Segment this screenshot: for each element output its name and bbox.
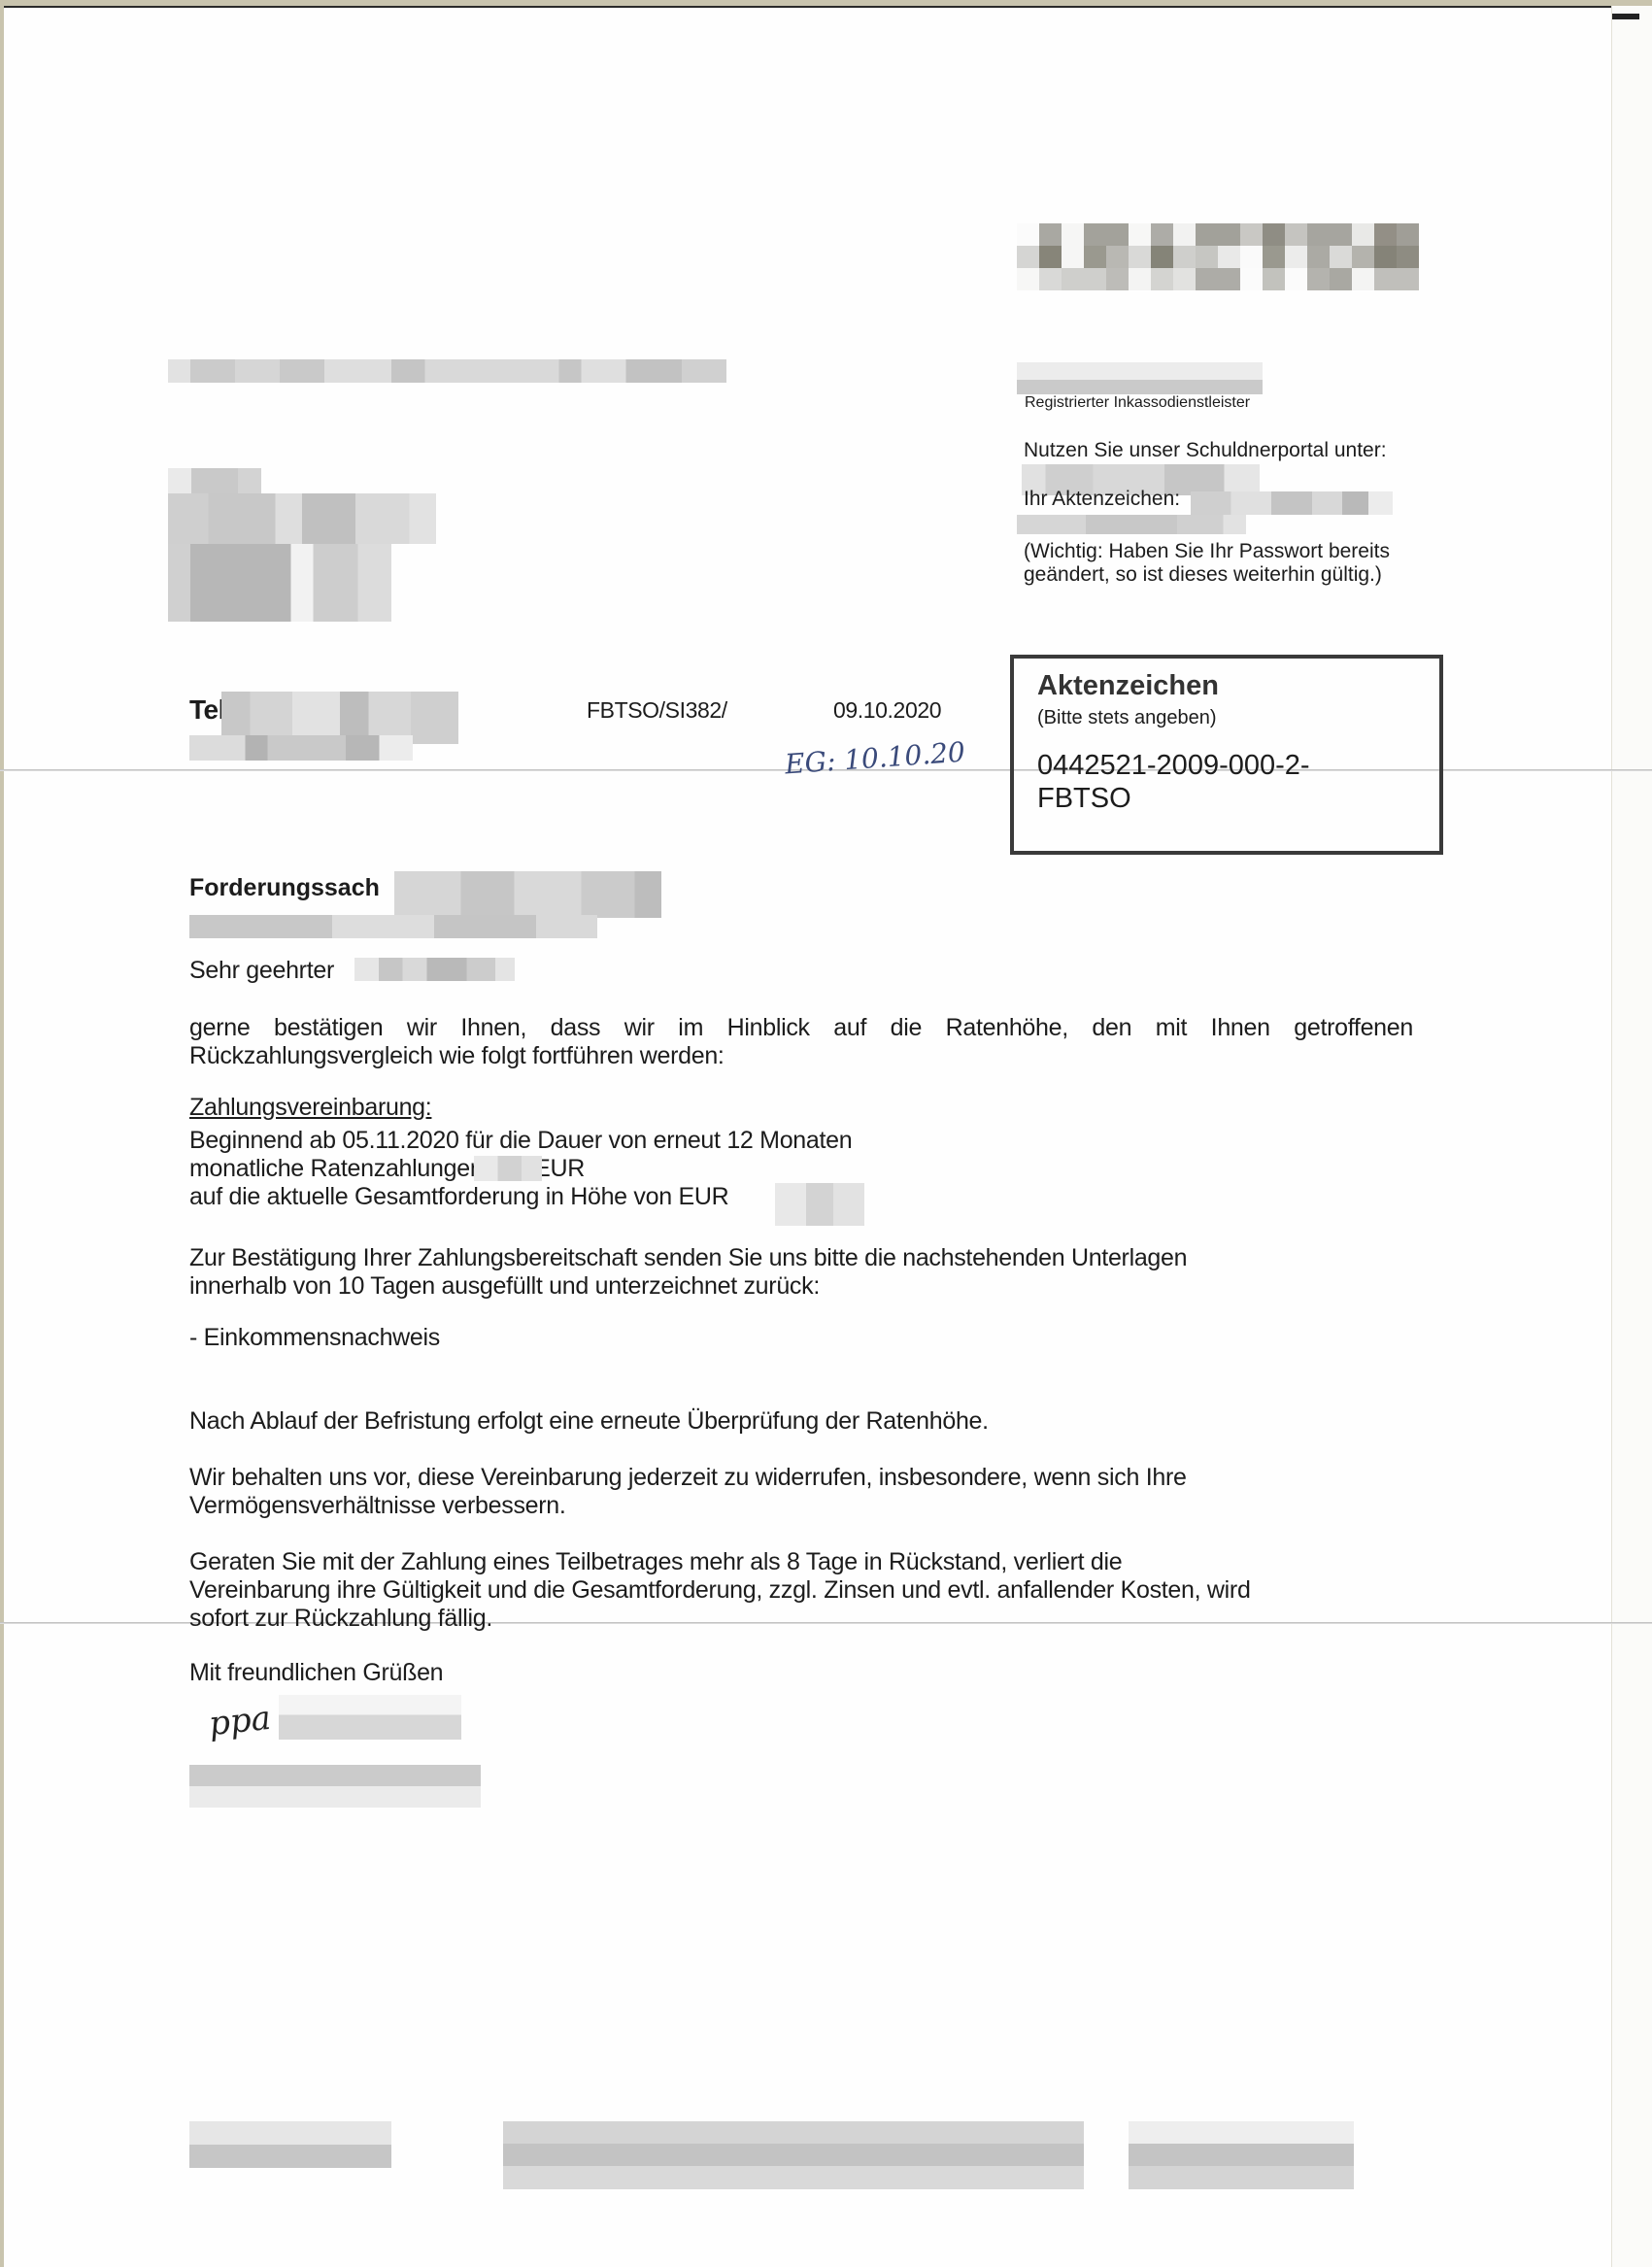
agreement-total: auf die aktuelle Gesamtforderung in Höhe…	[189, 1183, 728, 1211]
reference-code: FBTSO/SI382/	[587, 697, 727, 724]
default-paragraph: Vereinbarung ihre Gültigkeit und die Ges…	[189, 1576, 1251, 1605]
recipient-address	[168, 468, 261, 493]
rate-amount	[474, 1156, 542, 1181]
letter-date: 09.10.2020	[833, 697, 941, 724]
revocation-paragraph: Vermögensverhältnisse verbessern.	[189, 1492, 566, 1520]
salutation: Sehr geehrter	[189, 957, 334, 985]
intro-paragraph: Rückzahlungsvergleich wie folgt fortführ…	[189, 1042, 725, 1070]
scan-edge	[1611, 6, 1652, 2267]
required-document-item: - Einkommensnachweis	[189, 1324, 440, 1352]
recipient-address	[168, 544, 391, 622]
subject-value	[394, 871, 661, 918]
subject-label: Forderungssach	[189, 874, 380, 902]
portal-label: Nutzen Sie unser Schuldnerportal unter:	[1024, 439, 1387, 462]
recipient-address	[168, 493, 436, 544]
sender-address-line	[168, 359, 726, 383]
default-paragraph: Geraten Sie mit der Zahlung eines Teilbe…	[189, 1548, 1122, 1576]
agreement-start: Beginnend ab 05.11.2020 für die Dauer vo…	[189, 1127, 852, 1155]
confirmation-paragraph: innerhalb von 10 Tagen ausgefüllt und un…	[189, 1272, 820, 1301]
reference-label: Ihr Aktenzeichen:	[1024, 488, 1180, 511]
default-paragraph: sofort zur Rückzahlung fällig.	[189, 1605, 492, 1633]
revocation-paragraph: Wir behalten uns vor, diese Vereinbarung…	[189, 1464, 1187, 1492]
aktenzeichen-number-suffix: FBTSO	[1037, 783, 1131, 815]
closing: Mit freundlichen Grüßen	[189, 1659, 443, 1687]
total-amount	[775, 1183, 864, 1226]
salutation-name	[354, 958, 515, 981]
footer-column	[1129, 2121, 1354, 2189]
signatory-title	[189, 1765, 481, 1808]
reference-value	[1191, 491, 1393, 515]
company-name	[1017, 362, 1263, 394]
subject-value	[189, 915, 597, 938]
password-note: (Wichtig: Haben Sie Ihr Passwort bereits	[1024, 540, 1390, 563]
registration-note: Registrierter Inkassodienstleister	[1025, 394, 1250, 412]
confirmation-paragraph: Zur Bestätigung Ihrer Zahlungsbereitscha…	[189, 1244, 1187, 1272]
company-logo	[1017, 223, 1444, 291]
signature-name	[279, 1695, 461, 1740]
password-note: geändert, so ist dieses weiterhin gültig…	[1024, 563, 1382, 587]
aktenzeichen-number: 0442521-2009-000-2-	[1037, 750, 1310, 782]
password-line	[1017, 515, 1246, 534]
tel-value-2	[189, 735, 413, 761]
aktenzeichen-subtitle: (Bitte stets angeben)	[1037, 707, 1217, 729]
footer-column	[189, 2121, 391, 2168]
footer-column	[503, 2121, 1084, 2189]
aktenzeichen-title: Aktenzeichen	[1037, 670, 1219, 702]
agreement-heading: Zahlungsvereinbarung:	[189, 1094, 431, 1122]
aktenzeichen-box: Aktenzeichen (Bitte stets angeben) 04425…	[1010, 655, 1443, 855]
review-paragraph: Nach Ablauf der Befristung erfolgt eine …	[189, 1407, 989, 1436]
intro-paragraph: gerne bestätigen wir Ihnen, dass wir im …	[189, 1014, 1413, 1042]
signature-prefix: ppa	[207, 1699, 273, 1743]
